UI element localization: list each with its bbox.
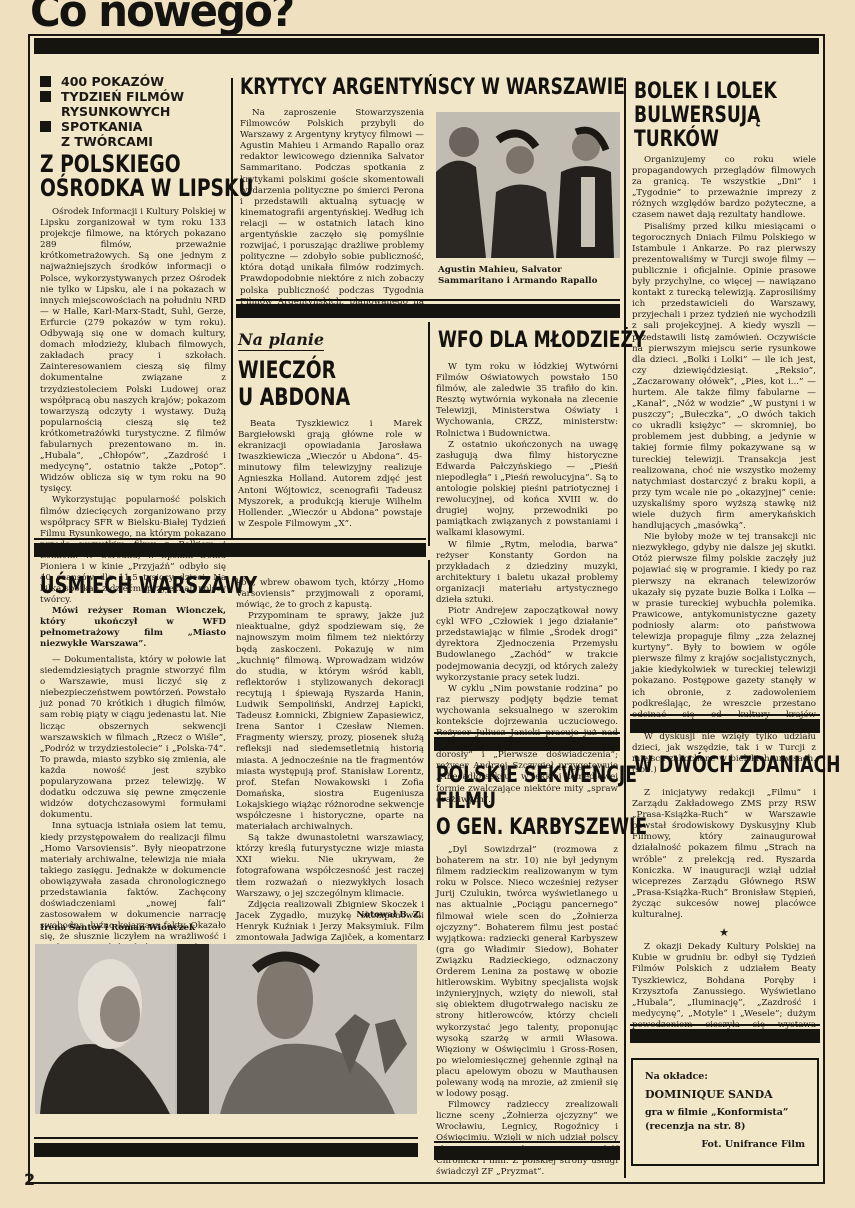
- section-rule: [34, 1137, 418, 1139]
- paragraph: W tym roku w łódzkiej Wytwórni Filmów Oś…: [436, 362, 618, 440]
- section-black-bar: [236, 304, 620, 318]
- bolek-article-body: Organizujemy co roku wiele propagandowyc…: [632, 155, 816, 776]
- paragraph: Organizujemy co roku wiele propagandowyc…: [632, 155, 816, 222]
- column-divider: [624, 78, 626, 1178]
- paragraph: ków, wbrew obawom tych, którzy „Homo Var…: [236, 578, 424, 611]
- headline-line: POLSKIE SEKWENCJE: [436, 763, 647, 789]
- headline-line: TURKÓW: [634, 128, 777, 152]
- bullet-square-icon: [40, 76, 51, 87]
- column-divider: [231, 78, 233, 538]
- krytycy-article-body: Na zaproszenie Stowarzyszenia Filmowców …: [240, 108, 424, 319]
- headline-line: BULWERSUJĄ: [634, 104, 777, 128]
- headline-line: WIECZÓR: [238, 357, 350, 384]
- paragraph: Z okazji Dekady Kultury Polskiej na Kubi…: [632, 942, 816, 1042]
- abdon-article-body: Beata Tyszkiewicz i Marek Bargiełowski g…: [238, 419, 422, 530]
- paragraph: Ośrodek Informacji i Kultury Polskiej w …: [40, 207, 226, 495]
- usmiech-headline: UŚMIECH WARSZAWY: [40, 575, 257, 598]
- headline-line: Z POLSKIEGO: [40, 152, 253, 176]
- headline-line: OŚRODKA W LIPSKU: [40, 176, 253, 200]
- paragraph: Filmowcy radzieccy zrealizowali liczne s…: [436, 1100, 618, 1178]
- bullet-text: RYSUNKOWYCH: [61, 104, 170, 119]
- karbyszew-article-body: „Dyl Sowizdrzał” (rozmowa z bohaterem na…: [436, 845, 618, 1178]
- cover-label: Na okładce:: [645, 1070, 805, 1084]
- section-rule: [434, 732, 620, 734]
- paragraph: Z inicjatywy redakcji „Filmu” i Zarządu …: [632, 788, 816, 921]
- paragraph: Są także dwunastoletni warszawiacy, któr…: [236, 833, 424, 900]
- section-rule: [630, 714, 820, 716]
- wfo-headline: WFO DLA MŁODZIEŻY: [438, 330, 645, 352]
- krytycy-photo: [436, 112, 620, 258]
- section-black-bar: [630, 1029, 820, 1043]
- paragraph: W filmie „Rytm, melodia, barwa” reżyser …: [436, 540, 618, 607]
- dwa-zdania-headline: W DWÓCH ZDANIACH: [634, 755, 841, 777]
- paragraph: Z ostatnio ukończonych na uwagę zasługuj…: [436, 440, 618, 540]
- bullet-text: 400 POKAZÓW: [61, 74, 164, 89]
- abdon-kicker: Na planie: [238, 330, 324, 351]
- headline-line: BOLEK I LOLEK: [634, 80, 777, 104]
- section-black-bar: [434, 737, 620, 751]
- bolek-headline: BOLEK I LOLEK BULWERSUJĄ TURKÓW: [634, 80, 777, 152]
- headline-line: O GEN. KARBYSZEWIE: [436, 815, 647, 841]
- section-rule: [236, 299, 620, 301]
- headline-line: U ABDONA: [238, 384, 350, 411]
- section-black-bar: [630, 719, 820, 733]
- paragraph: Na zaproszenie Stowarzyszenia Filmowców …: [240, 108, 424, 319]
- paragraph: Nie byłoby może w tej transakcji nic nie…: [632, 532, 816, 732]
- bullet-text: Z TWÓRCAMI: [61, 134, 153, 149]
- section-black-bar: [434, 1146, 620, 1160]
- paragraph: Piotr Andrejew zapoczątkował nowy cykl W…: [436, 606, 618, 684]
- usmiech-photo-caption: Irena Santor i Roman Wionczek: [40, 923, 195, 934]
- bullet-square-icon: [40, 121, 51, 132]
- section-black-bar: [34, 543, 426, 557]
- section-black-bar: [34, 1143, 418, 1157]
- column-divider: [428, 322, 430, 546]
- cover-photo-credit: Fot. Unifrance Film: [645, 1138, 805, 1152]
- lipsk-headline: Z POLSKIEGO OŚRODKA W LIPSKU: [40, 152, 253, 201]
- karbyszew-headline: POLSKIE SEKWENCJE FILMU O GEN. KARBYSZEW…: [436, 763, 647, 841]
- krytycy-headline: KRYTYCY ARGENTYŃSCY W WARSZAWIE: [240, 77, 625, 99]
- paragraph: Przypominam te sprawy, jakże już nieaktu…: [236, 611, 424, 833]
- bullet-text: TYDZIEŃ FILMÓW: [61, 89, 184, 104]
- paragraph: — Dokumentalista, który w połowie lat si…: [40, 655, 226, 821]
- two-people-photo-icon: [35, 944, 417, 1114]
- three-men-photo-icon: [436, 112, 620, 258]
- abdon-headline: WIECZÓR U ABDONA: [238, 357, 350, 411]
- lipsk-bullets: 400 POKAZÓW TYDZIEŃ FILMÓW RYSUNKOWYCH S…: [40, 74, 230, 149]
- paragraph: Pisaliśmy przed kilku miesiącami o tegor…: [632, 222, 816, 533]
- page-number: 2: [24, 1170, 35, 1189]
- dwa-zdania-body: Z inicjatywy redakcji „Filmu” i Zarządu …: [632, 788, 816, 1042]
- section-rule: [630, 1024, 820, 1026]
- cover-info-box: Na okładce: DOMINIQUE SANDA gra w filmie…: [631, 1058, 819, 1166]
- paragraph: „Dyl Sowizdrzał” (rozmowa z bohaterem na…: [436, 845, 618, 1100]
- usmiech-article-col2: ków, wbrew obawom tych, którzy „Homo Var…: [236, 578, 424, 955]
- bullet-square-icon: [40, 91, 51, 102]
- paragraph: Beata Tyszkiewicz i Marek Bargiełowski g…: [238, 419, 422, 530]
- column-divider: [428, 560, 430, 940]
- top-black-bar: [34, 38, 819, 54]
- masthead-title: Co nowego?: [30, 0, 293, 37]
- usmiech-signature: Notował B. Z.: [236, 910, 422, 920]
- usmiech-lead: Mówi reżyser Roman Wionczek, który ukońc…: [40, 606, 226, 650]
- krytycy-photo-caption: Agustin Mahieu, Salvator Sammaritano i A…: [438, 265, 618, 287]
- headline-line: FILMU: [436, 789, 647, 815]
- cover-name: DOMINIQUE SANDA: [645, 1088, 805, 1102]
- section-rule: [434, 1141, 620, 1143]
- cover-description: gra w filmie „Konformista” (recenzja na …: [645, 1106, 805, 1134]
- santor-wionczek-photo: [35, 944, 417, 1114]
- lead-paragraph: Mówi reżyser Roman Wionczek, który ukońc…: [40, 606, 226, 650]
- star-separator-icon: ★: [632, 927, 816, 938]
- section-rule: [34, 538, 426, 540]
- bullet-text: SPOTKANIA: [61, 119, 142, 134]
